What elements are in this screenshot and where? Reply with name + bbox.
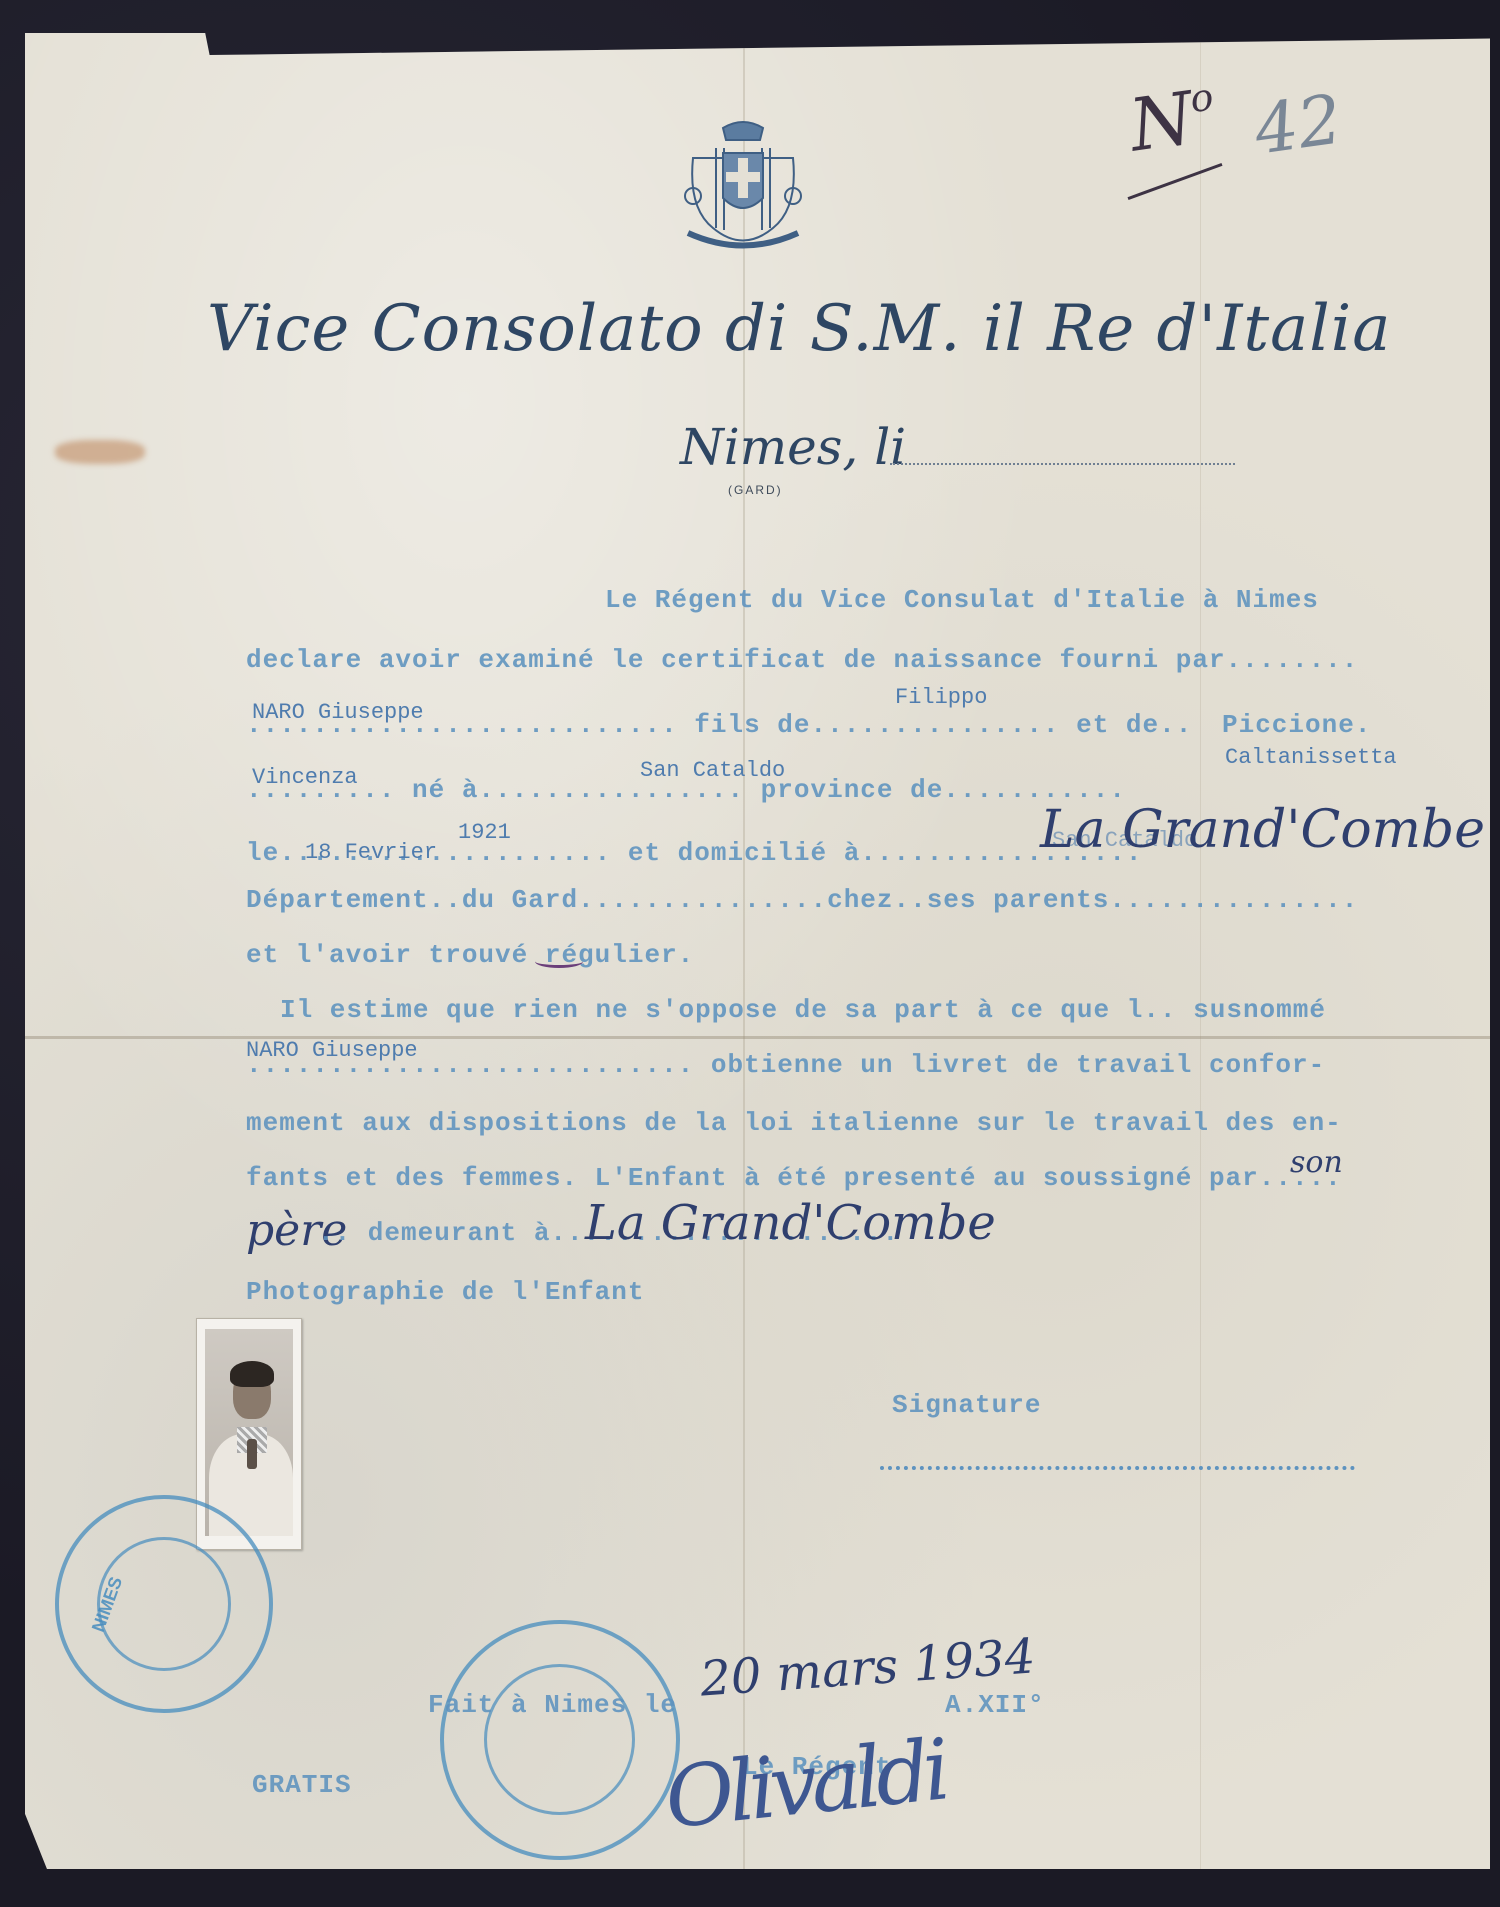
body-line-1: Le Régent du Vice Consulat d'Italie à Ni… <box>605 585 1319 615</box>
fill-birth-year: 1921 <box>458 820 511 845</box>
document-number-value: 42 <box>1250 80 1347 170</box>
letterhead-place: Nimes, li <box>680 418 906 476</box>
handwritten-son: son <box>1290 1145 1343 1180</box>
fill-birthplace: San Cataldo <box>640 758 785 783</box>
letterhead-department: (GARD) <box>728 483 783 497</box>
rust-stain <box>55 440 145 464</box>
royal-crest-icon <box>668 118 818 268</box>
handwritten-residence: La Grand'Combe <box>585 1195 996 1251</box>
fascist-era-year: A.XII° <box>945 1690 1045 1720</box>
fill-province: Caltanissetta <box>1225 745 1397 770</box>
body-line-2: declare avoir examiné le certificat de n… <box>246 645 1358 675</box>
body-line-9: ........................... obtienne un … <box>246 1050 1325 1080</box>
fill-child-name: NARO Giuseppe <box>252 700 424 725</box>
date-blank-line <box>890 463 1235 465</box>
body-line-11: fants et des femmes. L'Enfant à été pres… <box>246 1163 1342 1193</box>
signature-label: Signature <box>892 1390 1041 1420</box>
consulate-stamp-left: NIMES <box>55 1495 273 1713</box>
fill-mother-firstname: Vincenza <box>252 765 358 790</box>
body-line-6: Département..du Gard...............chez.… <box>246 885 1358 915</box>
fill-mother-surname: Piccione. <box>1222 710 1371 740</box>
purple-pencil-mark <box>535 955 583 968</box>
photo-caption: Photographie de l'Enfant <box>246 1277 644 1307</box>
signature-line <box>880 1466 1355 1470</box>
body-line-8: Il estime que rien ne s'oppose de sa par… <box>280 995 1326 1025</box>
letterhead-title: Vice Consolato di S.M. il Re d'Italia <box>207 292 1391 366</box>
body-line-10: mement aux dispositions de la loi italie… <box>246 1108 1342 1138</box>
document-number-label: No <box>1125 72 1222 167</box>
fill-father-name: Filippo <box>895 685 987 710</box>
handwritten-domicile: La Grand'Combe <box>1040 800 1485 860</box>
made-at-label: Fait à Nimes le <box>428 1690 677 1720</box>
fee-label: GRATIS <box>252 1770 352 1800</box>
body-line-7: et l'avoir trouvé régulier. <box>246 940 694 970</box>
fill-birth-date: 18 Fevrier <box>305 840 437 865</box>
consulate-stamp-center <box>440 1620 680 1860</box>
fold-line-horizontal <box>25 1036 1490 1039</box>
